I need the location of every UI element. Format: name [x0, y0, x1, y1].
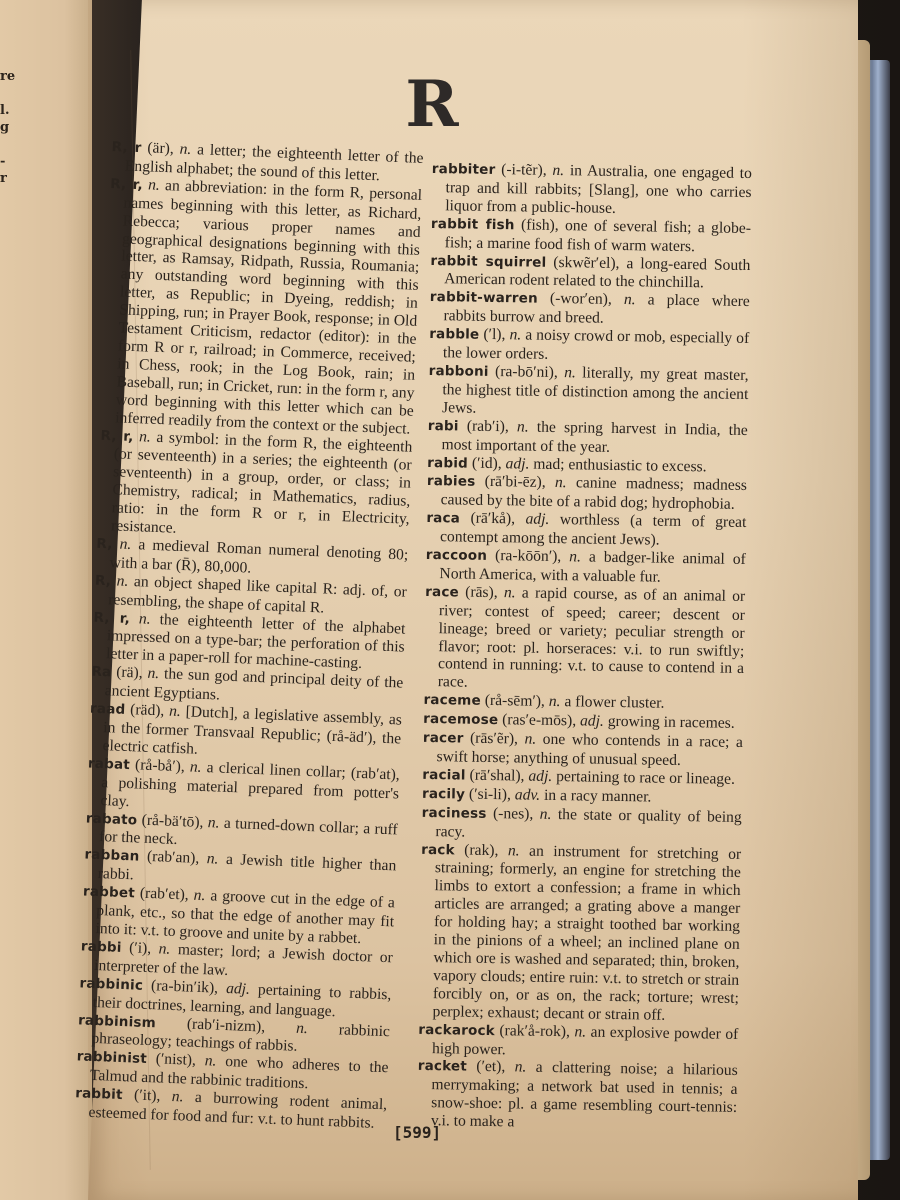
entry-part-of-speech: n.: [190, 758, 202, 775]
entry-part-of-speech: n.: [147, 665, 159, 682]
fragment: r: [0, 170, 20, 187]
entry-pronunciation: (′it),: [134, 1087, 161, 1105]
dictionary-entry: rabbit squirrel (skwẽr′el), a long-eared…: [430, 252, 751, 294]
entry-pronunciation: (ra-bin′ik),: [151, 977, 219, 997]
entry-part-of-speech: n.: [148, 176, 160, 193]
entry-headword: Ra: [91, 664, 112, 681]
entry-part-of-speech: n.: [624, 291, 636, 308]
entry-definition: a flower cluster.: [564, 693, 664, 712]
entry-part-of-speech: adj.: [528, 767, 552, 784]
entry-pronunciation: (′id),: [472, 454, 502, 471]
entry-part-of-speech: n.: [508, 842, 520, 859]
dictionary-entry: racket (′et), n. a clattering noise; a h…: [417, 1057, 738, 1135]
entry-part-of-speech: n.: [139, 428, 151, 445]
entry-part-of-speech: n.: [172, 1088, 184, 1105]
entry-headword: racily: [422, 786, 465, 803]
entry-definition: the eighteenth letter of the alphabet im…: [106, 611, 406, 673]
entry-headword: racemose: [423, 711, 498, 728]
dictionary-entry: R, r, n. an abbreviation: in the form R,…: [101, 175, 422, 438]
entry-definition: a symbol: in the form R, the eighteenth …: [111, 428, 413, 536]
entry-pronunciation: (-wor′en),: [550, 290, 612, 308]
entry-part-of-speech: adj.: [226, 980, 250, 998]
entry-definition: in a racy manner.: [544, 787, 652, 806]
entry-part-of-speech: n.: [564, 364, 576, 381]
entry-part-of-speech: n.: [193, 887, 205, 904]
entry-headword: R, r,: [100, 427, 134, 444]
entry-part-of-speech: n.: [139, 610, 151, 627]
entry-headword: raciness: [422, 805, 487, 822]
entry-part-of-speech: n.: [517, 418, 529, 435]
dictionary-entry: raciness (-nes), n. the state or quality…: [421, 804, 742, 846]
entry-headword: rabato: [86, 810, 138, 828]
entry-headword: race: [425, 584, 459, 601]
entry-part-of-speech: n.: [158, 940, 170, 957]
entry-headword: rabbet: [83, 884, 135, 902]
dictionary-entry: rackarock (rak′å-rok), n. an explosive p…: [418, 1020, 739, 1062]
facing-page-fragments: re l. g - r: [0, 68, 20, 187]
entry-pronunciation: (fish),: [521, 216, 559, 234]
dictionary-entry: rabbit-warren (-wor′en), n. a place wher…: [429, 288, 750, 330]
entry-part-of-speech: n.: [574, 1023, 586, 1040]
fragment: re: [0, 68, 20, 85]
entry-pronunciation: (räd),: [130, 701, 165, 719]
dictionary-entry: race (rās), n. a rapid course, as of an …: [424, 583, 746, 696]
entry-definition: growing in racemes.: [608, 713, 735, 732]
entry-pronunciation: (′i),: [129, 939, 152, 957]
dictionary-entry: racer (rās′ẽr), n. one who contends in a…: [422, 729, 743, 771]
entry-pronunciation: (är),: [147, 139, 174, 157]
entry-headword: rabbiter: [432, 161, 496, 178]
dictionary-entry: raccoon (ra-kōōn′), n. a badger-like ani…: [425, 546, 746, 588]
entry-definition: literally, my great master, the highest …: [442, 364, 749, 416]
entry-pronunciation: (rā′bi-ēz),: [485, 473, 546, 491]
entry-headword: rabbinism: [78, 1012, 156, 1031]
entry-pronunciation: (-nes),: [493, 805, 534, 823]
entry-pronunciation: (rå-bå′),: [135, 756, 185, 775]
dictionary-entry: raca (rā′kå), adj. worthless (a term of …: [426, 509, 747, 551]
dictionary-entry: rabboni (ra-bō′ni), n. literally, my gre…: [428, 362, 749, 422]
fragment: l.: [0, 102, 20, 119]
entry-part-of-speech: n.: [296, 1019, 308, 1036]
entry-pronunciation: (′l),: [483, 326, 505, 343]
entry-pronunciation: (ras′e-mōs),: [502, 711, 576, 729]
entry-definition: pertaining to race or lineage.: [556, 768, 735, 788]
entry-pronunciation: (rab′i),: [467, 417, 509, 435]
entry-part-of-speech: adj.: [580, 713, 604, 730]
fragment: [0, 136, 20, 153]
entry-part-of-speech: n.: [540, 805, 552, 822]
entry-headword: rabbinic: [79, 975, 143, 993]
entry-headword: rabbit: [75, 1085, 123, 1103]
entry-headword: rabban: [84, 847, 140, 865]
entry-headword: R, r: [111, 139, 141, 156]
entry-pronunciation: (rā′shal),: [469, 767, 524, 785]
entry-headword: R,: [96, 536, 113, 553]
entry-definition: an instrument for stretching or strainin…: [432, 842, 741, 1023]
entry-headword: rackarock: [418, 1021, 495, 1038]
entry-headword: racer: [423, 730, 464, 747]
entry-pronunciation: (rak′å-rok),: [499, 1022, 570, 1040]
entry-part-of-speech: n.: [509, 326, 521, 343]
entry-headword: rabbi: [81, 938, 122, 956]
dictionary-entry: rabbit fish (fish), one of several fish;…: [431, 215, 752, 257]
entry-part-of-speech: adv.: [515, 786, 541, 803]
entry-pronunciation: (rab′an),: [147, 848, 200, 867]
fragment: g: [0, 119, 20, 136]
entry-pronunciation: (ra-kōōn′),: [495, 547, 561, 565]
entry-part-of-speech: n.: [524, 731, 536, 748]
entry-headword: rabbit-warren: [430, 289, 538, 307]
entry-headword: R,: [95, 572, 112, 589]
entry-headword: R, r,: [110, 176, 143, 193]
entry-headword: raca: [426, 510, 460, 527]
entry-pronunciation: (rå-bä′tō),: [141, 811, 203, 830]
entry-pronunciation: (rab′et),: [140, 885, 189, 904]
entry-pronunciation: (rä),: [116, 664, 143, 682]
entry-headword: R, r,: [93, 609, 130, 626]
dictionary-entry: rabble (′l), n. a noisy crowd or mob, es…: [429, 325, 750, 367]
dictionary-entry: rabbiter (-i-tẽr), n. in Australia, one …: [431, 160, 752, 220]
entry-pronunciation: (rās′ẽr),: [470, 730, 518, 748]
entry-headword: rabbit fish: [431, 216, 515, 233]
entry-part-of-speech: n.: [116, 572, 128, 589]
dictionary-entry: rack (rak), n. an instrument for stretch…: [418, 840, 741, 1025]
entry-pronunciation: (rå-sēm′),: [485, 692, 545, 710]
entry-part-of-speech: n.: [206, 851, 218, 868]
entry-part-of-speech: n.: [569, 548, 581, 565]
entry-part-of-speech: n.: [555, 474, 567, 491]
entry-pronunciation: (′si-li),: [469, 785, 511, 803]
dictionary-entry: R, r, n. a symbol: in the form R, the ei…: [97, 426, 413, 546]
left-column: R, r (är), n. a letter; the eighteenth l…: [74, 138, 424, 1133]
entry-headword: rabboni: [429, 363, 489, 380]
fragment: [0, 85, 20, 102]
entry-headword: rabbinist: [76, 1049, 147, 1068]
entry-headword: rabble: [429, 326, 479, 343]
section-letter-heading: R: [402, 70, 462, 140]
fragment: -: [0, 153, 20, 170]
entry-part-of-speech: adj.: [525, 511, 549, 528]
entry-headword: rack: [421, 841, 455, 858]
entry-pronunciation: (rak),: [464, 841, 498, 859]
entry-headword: raceme: [423, 692, 481, 709]
dictionary-entry: rabies (rā′bi-ēz), n. canine madness; ma…: [427, 472, 748, 514]
entry-part-of-speech: n.: [552, 162, 564, 179]
entry-definition: a Jewish title higher than rabbi.: [97, 851, 396, 883]
entry-part-of-speech: n.: [515, 1059, 527, 1076]
entry-headword: rabat: [88, 755, 131, 773]
entry-part-of-speech: n.: [204, 1053, 216, 1070]
entry-definition: mad; enthusiastic to excess.: [533, 455, 706, 475]
entry-headword: racket: [418, 1058, 467, 1075]
entry-pronunciation: (′nist),: [155, 1051, 196, 1070]
entry-headword: raad: [90, 701, 126, 718]
dictionary-entry: rabi (rab′i), n. the spring harvest in I…: [427, 417, 748, 459]
entry-headword: raccoon: [426, 547, 488, 564]
entry-pronunciation: (-i-tẽr),: [501, 161, 547, 179]
entry-headword: rabies: [427, 473, 476, 490]
page-number: [599]: [393, 1123, 441, 1142]
entry-part-of-speech: n.: [504, 584, 516, 601]
entry-part-of-speech: n.: [208, 814, 220, 831]
entry-headword: rabbit squirrel: [430, 253, 546, 271]
entry-headword: rabid: [427, 454, 468, 471]
entry-pronunciation: (rā′kå),: [470, 510, 515, 528]
entry-pronunciation: (rās),: [465, 583, 498, 601]
entry-part-of-speech: n.: [119, 536, 131, 553]
entry-part-of-speech: n.: [549, 693, 561, 710]
entry-pronunciation: (rab′i-nizm),: [187, 1015, 266, 1035]
entry-headword: racial: [422, 767, 466, 784]
entry-definition: an abbreviation: in the form R, personal…: [115, 177, 422, 437]
entry-part-of-speech: n.: [169, 703, 181, 720]
entry-pronunciation: (ra-bō′ni),: [495, 363, 558, 381]
entry-pronunciation: (skwẽr′el),: [553, 253, 619, 271]
entry-part-of-speech: adj.: [505, 455, 529, 472]
entry-part-of-speech: n.: [179, 141, 191, 158]
entry-pronunciation: (′et),: [476, 1058, 505, 1075]
right-column: rabbiter (-i-tẽr), n. in Australia, one …: [417, 160, 752, 1135]
entry-headword: rabi: [428, 418, 459, 434]
